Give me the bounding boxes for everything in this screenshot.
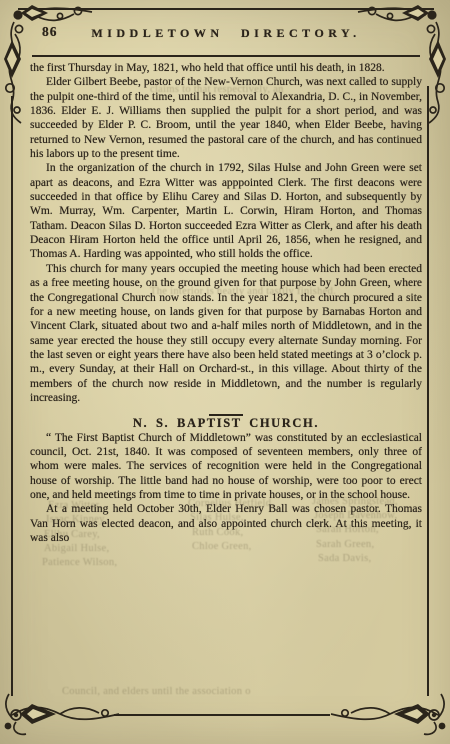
- border-line-right: [427, 86, 429, 696]
- bleed-through-text: Sada Davis,: [318, 553, 371, 564]
- paragraph: At a meeting held October 30th, Elder He…: [30, 502, 422, 545]
- paragraph: Elder Gilbert Beebe, pastor of the New-V…: [30, 75, 422, 161]
- bottom-flourish-left-icon: [2, 692, 120, 738]
- bottom-flourish-right-icon: [330, 692, 448, 738]
- page-header: 86 MIDDLETOWN DIRECTORY.: [30, 22, 422, 58]
- running-title: MIDDLETOWN DIRECTORY.: [30, 26, 422, 41]
- paragraph-continuation: the first Thursday in May, 1821, who hel…: [30, 61, 422, 75]
- paragraph: In the organization of the church in 179…: [30, 161, 422, 261]
- border-line-left: [11, 96, 13, 696]
- border-line-bottom: [114, 714, 330, 716]
- bleed-through-text: Patience Wilson,: [42, 557, 117, 568]
- paragraph: This church for many years occupied the …: [30, 262, 422, 405]
- paragraph: “ The First Baptist Church of Middletown…: [30, 431, 422, 503]
- section-heading: N. S. BAPTIST CHURCH.: [30, 416, 422, 430]
- header-rule: [32, 55, 420, 57]
- page-body: the first Thursday in May, 1821, who hel…: [30, 61, 422, 545]
- scanned-book-page: { "document": { "page_number": "86", "ru…: [0, 0, 450, 744]
